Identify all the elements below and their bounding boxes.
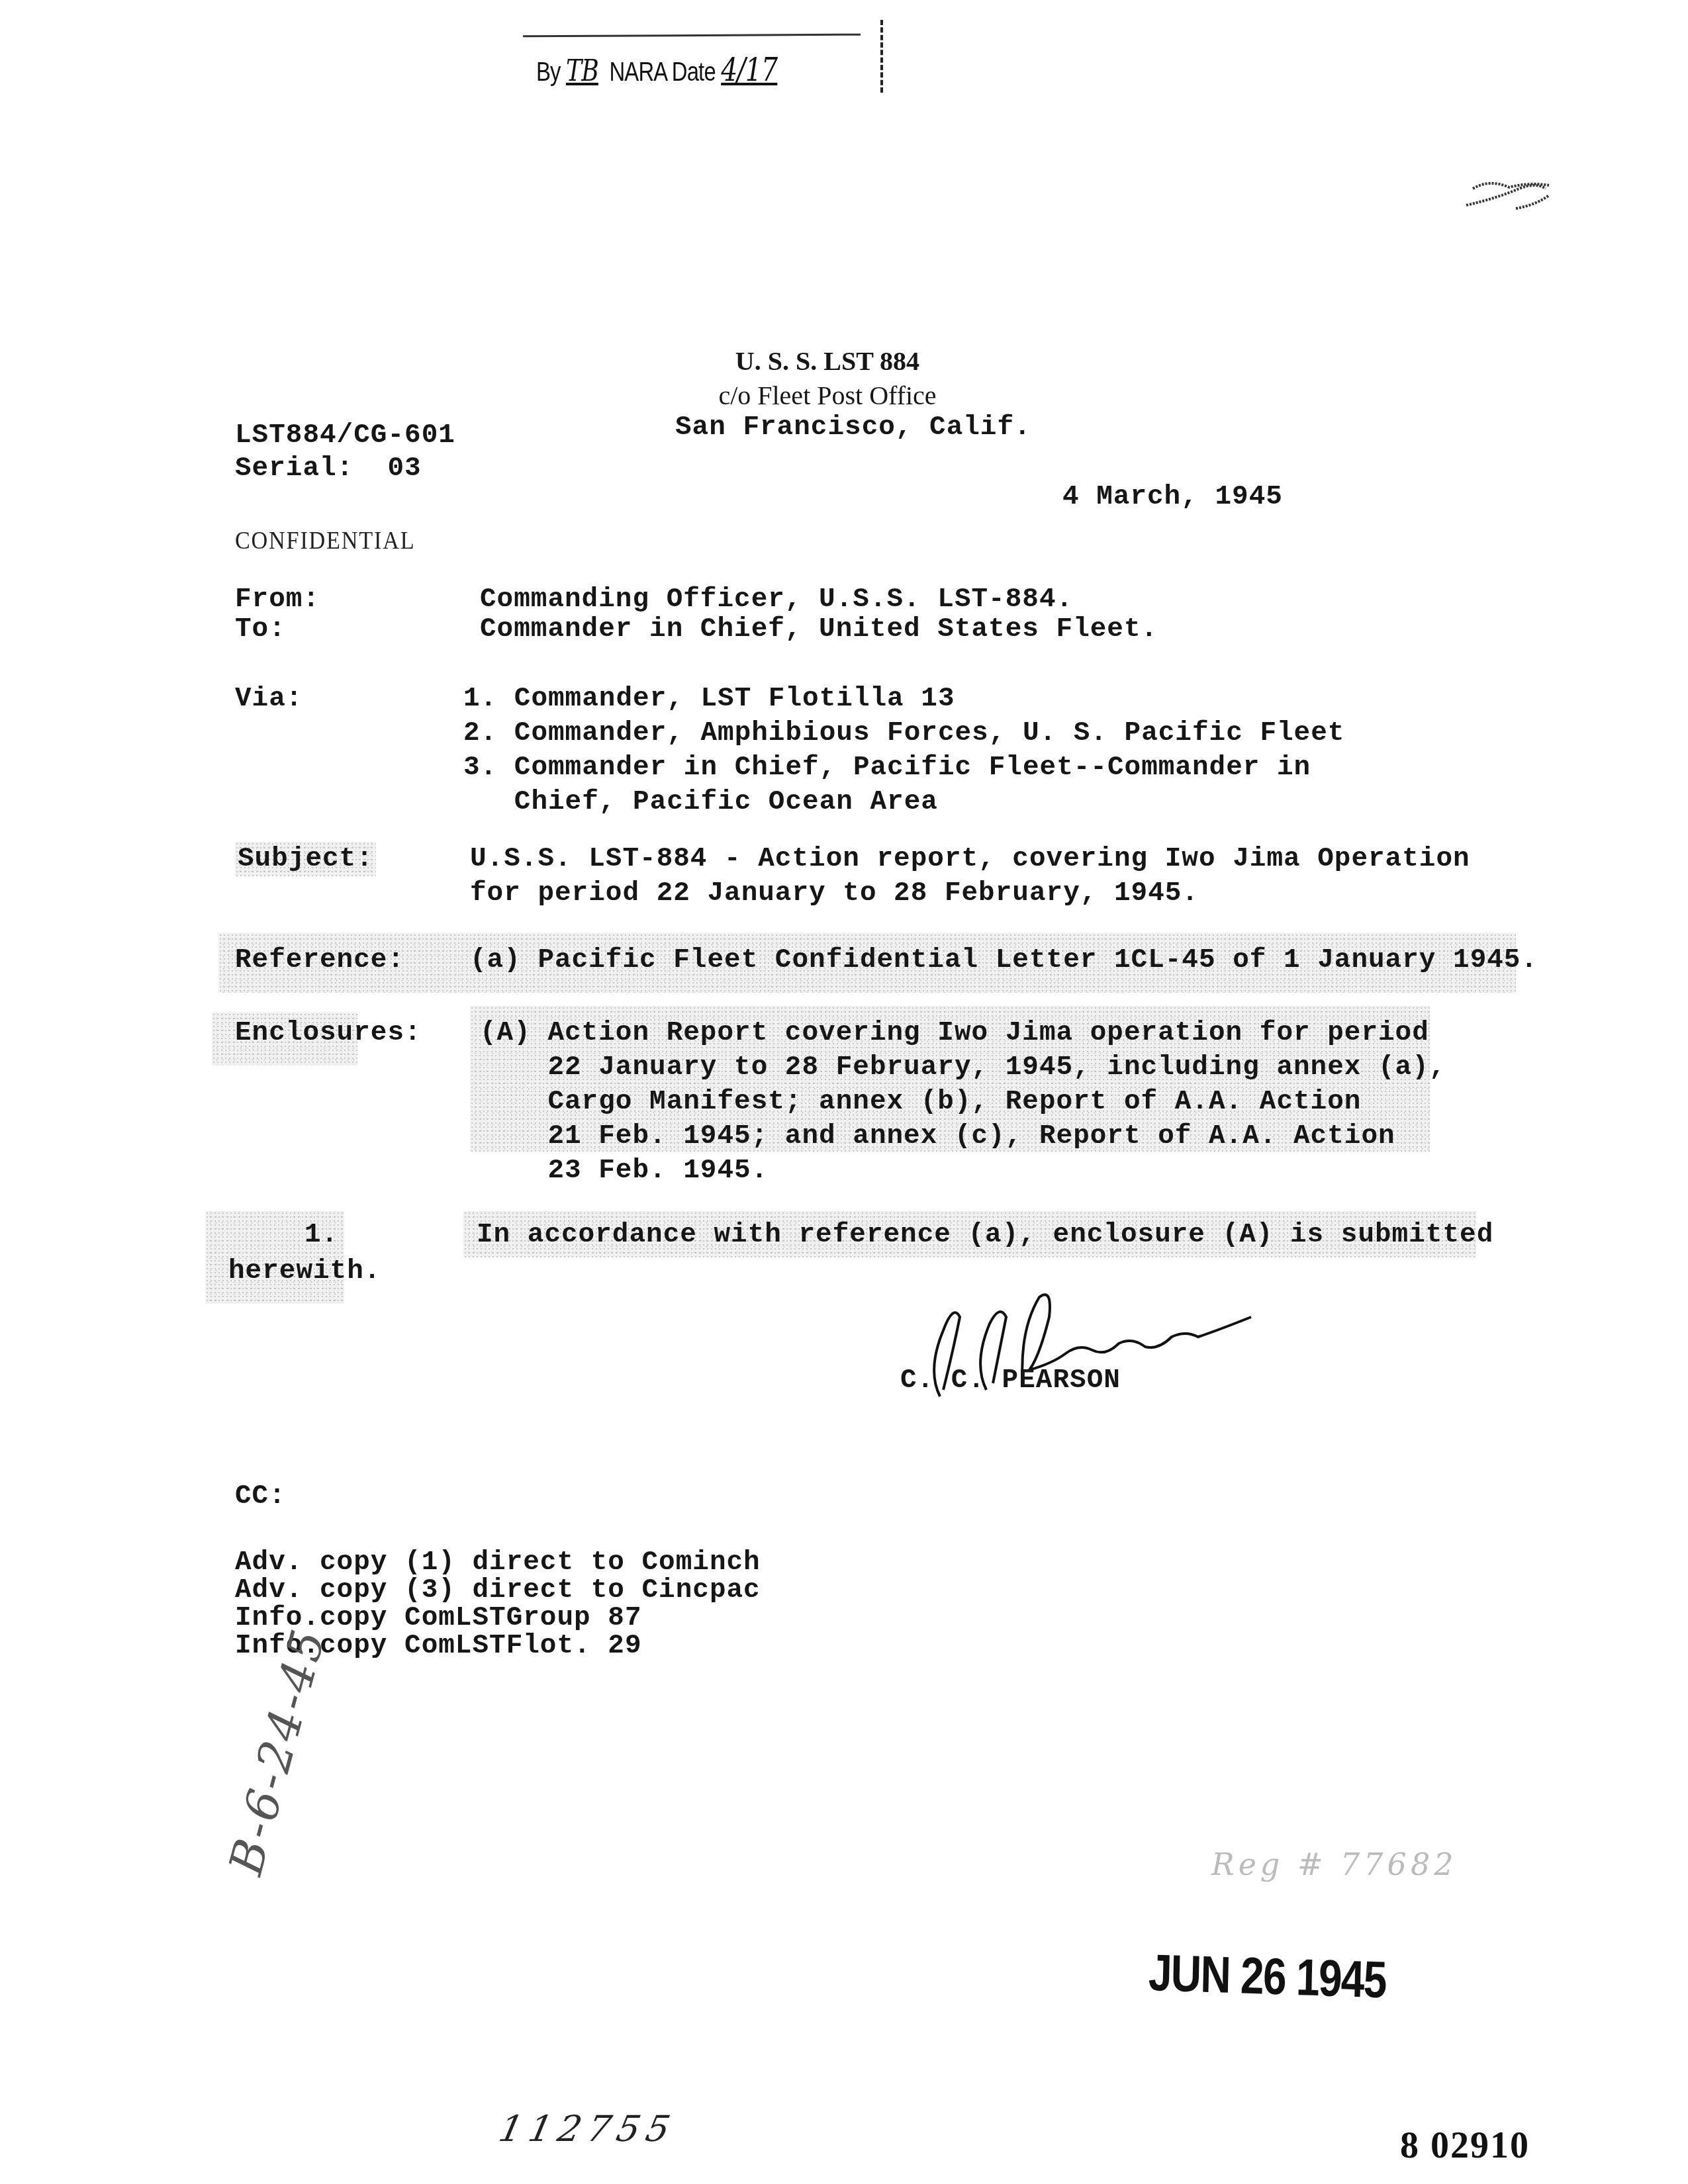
faint-registry-stamp: Reg # 77682: [1211, 1846, 1457, 1882]
received-date-stamp: JUN 26 1945: [1148, 1942, 1387, 2010]
subject-block: U.S.S. LST-884 - Action report, covering…: [470, 842, 1470, 911]
bottom-stamp-number: 8 02910: [1400, 2124, 1530, 2167]
via-item: 3. Commander in Chief, Pacific Fleet--Co…: [463, 751, 1344, 785]
paragraph-continuation: herewith.: [228, 1254, 381, 1289]
via-list: 1. Commander, LST Flotilla 13 2. Command…: [463, 682, 1344, 819]
stamp-date-label: Date: [672, 58, 716, 87]
to-value: Commander in Chief, United States Fleet.: [480, 612, 1158, 647]
declassification-stamp: By TB NARA Date 4/17: [510, 20, 883, 93]
to-label: To:: [235, 612, 286, 647]
serial-label: Serial:: [235, 453, 353, 484]
stamp-date-value: 4/17: [721, 52, 777, 89]
enclosures-label: Enclosures:: [235, 1016, 422, 1050]
letterhead-city: San Francisco, Calif.: [675, 410, 1031, 445]
stamp-initials: TB: [566, 54, 598, 88]
corner-scribble-mark: [1456, 169, 1562, 222]
reference-value: (a) Pacific Fleet Confidential Letter 1C…: [470, 943, 1538, 978]
subject-line: for period 22 January to 28 February, 19…: [470, 876, 1470, 911]
letterhead: U. S. S. LST 884 c/o Fleet Post Office: [596, 344, 1059, 413]
stamp-by-label: By: [536, 58, 561, 87]
enclosure-line: 22 January to 28 February, 1945, includi…: [480, 1050, 1446, 1085]
serial-value: 03: [387, 453, 421, 484]
subject-label: Subject:: [235, 842, 376, 876]
enclosure-line: 21 Feb. 1945; and annex (c), Report of A…: [480, 1119, 1446, 1154]
serial-line: Serial: 03: [235, 451, 422, 486]
via-item: 1. Commander, LST Flotilla 13: [463, 682, 1344, 716]
letter-date: 4 March, 1945: [1062, 480, 1283, 514]
enclosures-block: (A) Action Report covering Iwo Jima oper…: [480, 1016, 1446, 1188]
classification-marking: CONFIDENTIAL: [235, 526, 415, 555]
enclosure-line: Cargo Manifest; annex (b), Report of A.A…: [480, 1085, 1446, 1119]
via-item: Chief, Pacific Ocean Area: [463, 785, 1344, 819]
stamp-text: By TB NARA Date 4/17: [536, 52, 777, 89]
file-reference: LST884/CG-601: [235, 418, 455, 453]
letterhead-ship-name: U. S. S. LST 884: [596, 344, 1059, 379]
cc-label: CC:: [235, 1479, 286, 1514]
via-item: 2. Commander, Amphibious Forces, U. S. P…: [463, 716, 1344, 751]
enclosure-line: (A) Action Report covering Iwo Jima oper…: [480, 1016, 1446, 1050]
bottom-handwritten-number: 112755: [495, 2108, 680, 2150]
reference-label: Reference:: [235, 943, 404, 978]
paragraph-number: 1.: [305, 1218, 338, 1252]
stamp-strike-line: [523, 34, 861, 38]
enclosure-line: 23 Feb. 1945.: [480, 1154, 1446, 1188]
letterhead-post-office: c/o Fleet Post Office: [596, 379, 1059, 413]
subject-line: U.S.S. LST-884 - Action report, covering…: [470, 842, 1470, 876]
signature-typed-name: C. C. PEARSON: [900, 1363, 1121, 1398]
paragraph-text: In accordance with reference (a), enclos…: [477, 1218, 1493, 1252]
stamp-agency: NARA: [609, 58, 666, 87]
via-label: Via:: [235, 682, 303, 716]
